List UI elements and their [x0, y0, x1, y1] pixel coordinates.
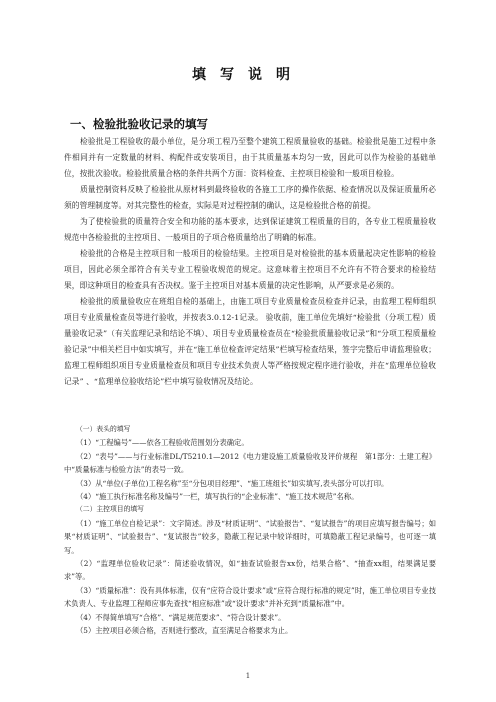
page-title: 填写说明: [0, 64, 496, 84]
subsection-heading: （一）表头的填写: [64, 423, 436, 436]
list-item: （3）“质量标准”：没有具体标准，仅有“应符合设计要求”或“应符合现行标准的规定…: [64, 584, 436, 611]
list-item: （1）“工程编号”——依各工程验收范围划分表确定。: [64, 436, 436, 449]
list-item: （4）“施工执行标准名称及编号”一栏，填写执行的“企业标准”、“施工技术规范”名…: [64, 490, 436, 503]
paragraph: 检验批是工程验收的最小单位，是分项工程乃至整个建筑工程质量验收的基础。检验批是施…: [64, 134, 436, 182]
document-page: 填写说明 一、检验批验收记录的填写 检验批是工程验收的最小单位，是分项工程乃至整…: [0, 0, 496, 702]
list-item: （1）“施工单位自检记录”：文字简述。涉及“材质证明”、“试验报告”、“复试报告…: [64, 517, 436, 557]
paragraph: 检验批的质量验收应在班组自检的基础上，由施工项目专业质量检查员检查并记录，由监理…: [64, 294, 436, 390]
paragraph: 质量控制资料反映了检验批从原材料到最终验收的各施工工序的操作依据、检查情况以及保…: [64, 182, 436, 214]
subsections: （一）表头的填写 （1）“工程编号”——依各工程验收范围划分表确定。 （2）“表…: [64, 423, 436, 638]
paragraph: 为了使检验批的质量符合安全和功能的基本要求，达到保证建筑工程质量的目的，各专业工…: [64, 214, 436, 246]
section-heading: 一、检验批验收记录的填写: [70, 116, 208, 132]
list-item: （2）“监理单位验收记录”：简述验收情况，如“抽查试验报告xx份，结果合格”、“…: [64, 557, 436, 584]
paragraph: 检验批的合格是主控项目和一般项目的检验结果。主控项目是对检验批的基本质量起决定性…: [64, 246, 436, 294]
intro-body: 检验批是工程验收的最小单位，是分项工程乃至整个建筑工程质量验收的基础。检验批是施…: [64, 134, 436, 390]
subsection-heading: （二）主控项目的填写: [64, 503, 436, 516]
list-item: （4）不得简单填写“合格”、“满足规范要求”、“符合设计要求”。: [64, 611, 436, 624]
list-item: （2）“表号”——与行业标准DL/T5210.1—2012《电力建设施工质量验收…: [64, 450, 436, 477]
list-item: （5）主控项目必须合格，否则进行整改，直至满足合格要求为止。: [64, 624, 436, 637]
list-item: （3）从“单位(子单位)工程名称”至“分包项目经理”、“施工班组长”如实填写,表…: [64, 477, 436, 490]
page-number: 1: [0, 672, 496, 680]
